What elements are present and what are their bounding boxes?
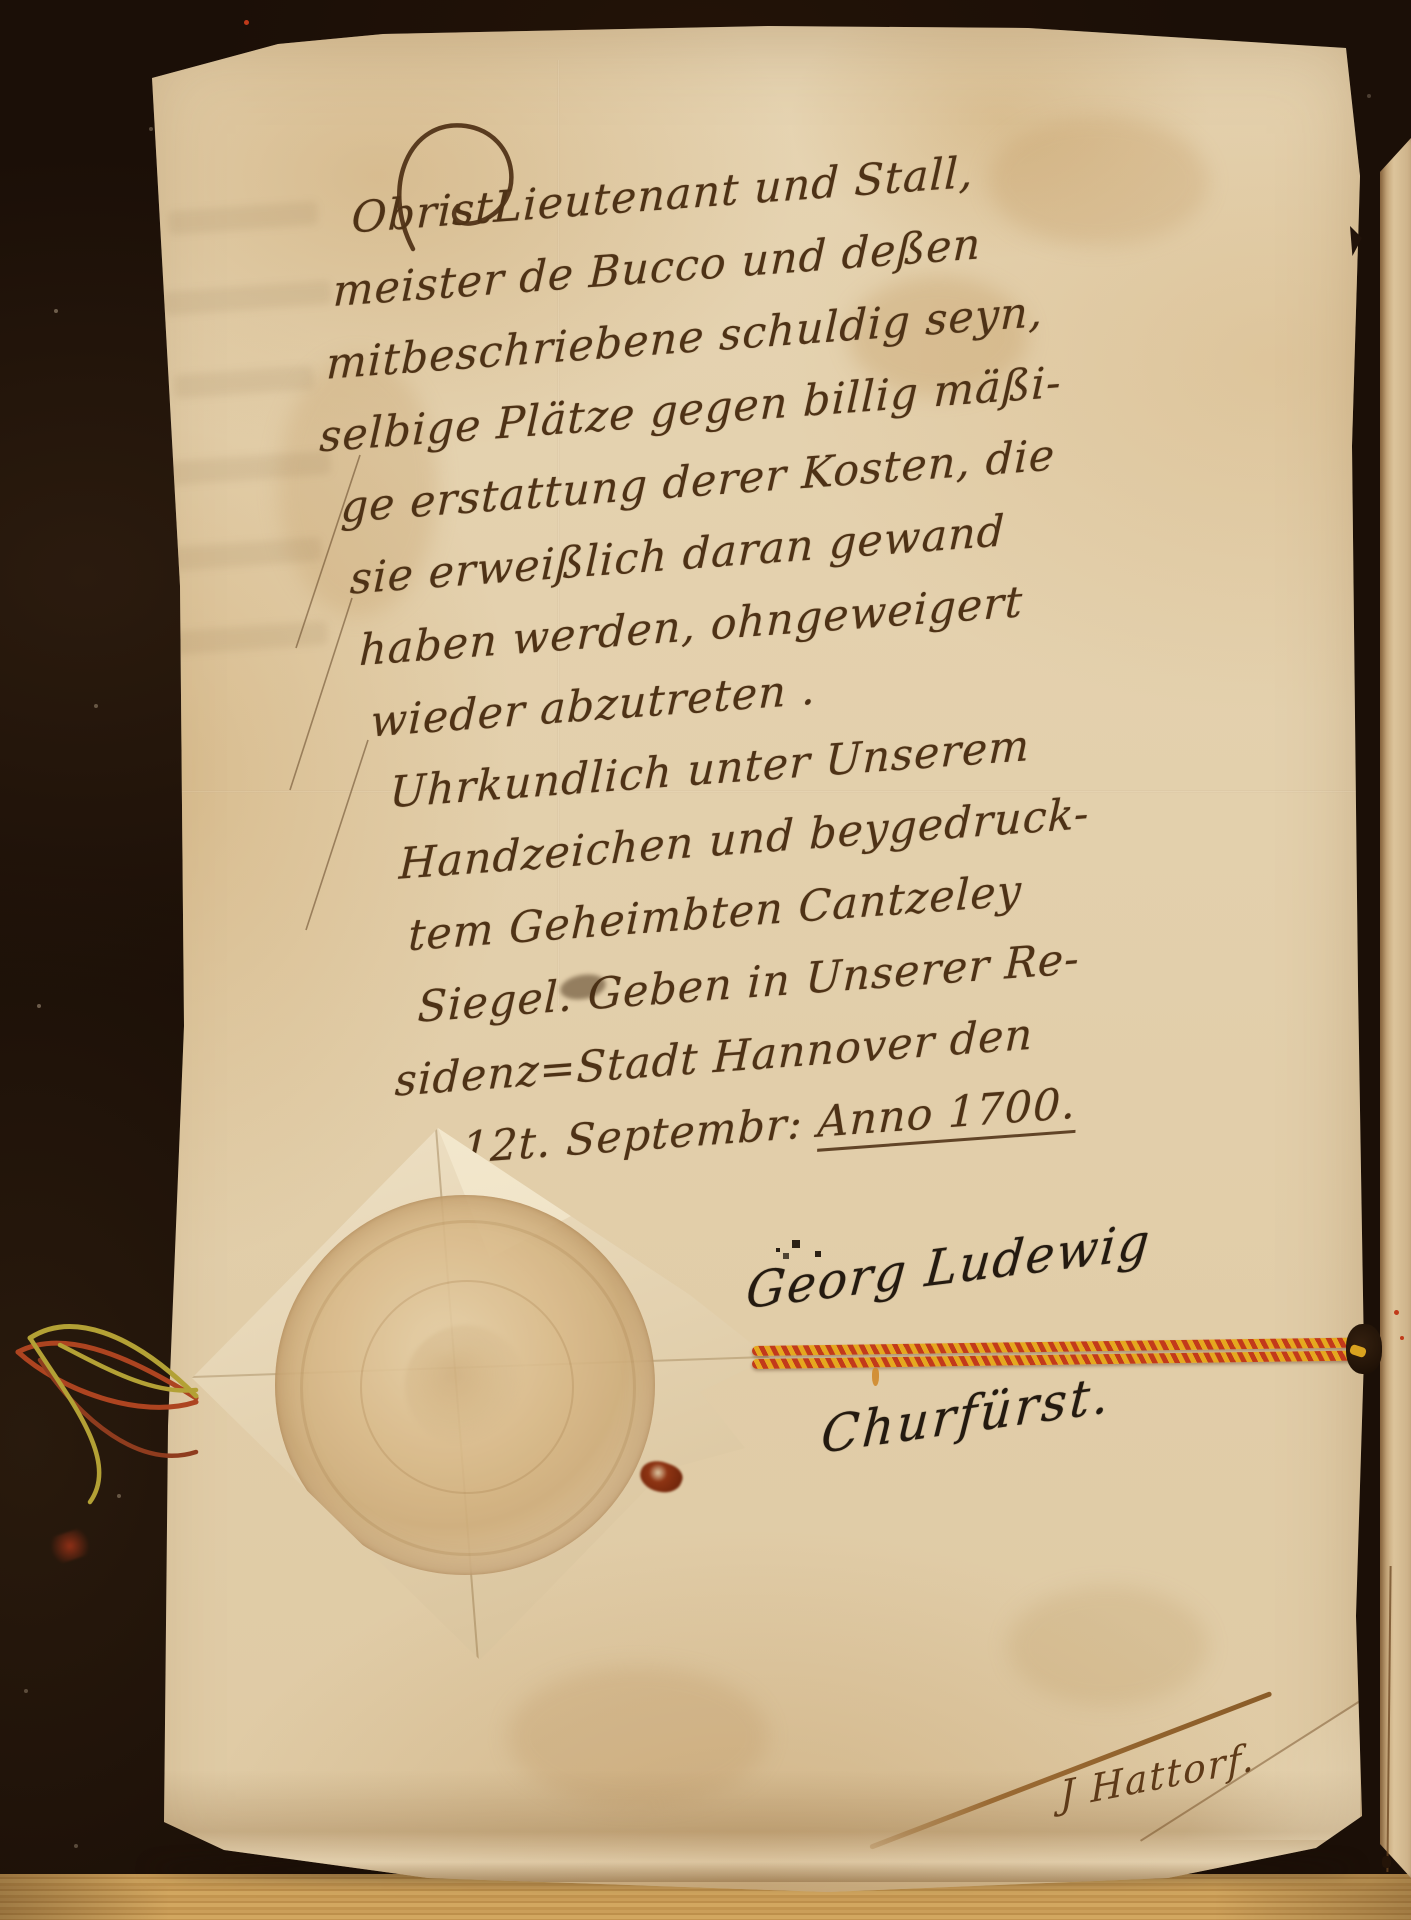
dust-specks [0,0,2,2]
lead-in-stroke [290,598,352,790]
thread-end-knot [1382,1856,1391,1868]
date-line-underlined: Anno 1700. [817,1079,1077,1152]
red-speck [244,20,249,25]
second-parchment-sheet [1380,138,1411,1878]
red-speck [1400,1336,1404,1340]
manuscript-text-block: ObristLieutenant und Stall, meister de B… [315,132,1117,1191]
wax-drip [872,1368,879,1386]
parchment-page: ObristLieutenant und Stall, meister de B… [128,26,1374,1898]
seal-center-relief [405,1325,525,1445]
ink-spatter [776,1248,780,1252]
loose-cord-tangle [0,1290,220,1590]
date-line-prefix: 12t. Septembr: [461,1098,818,1174]
red-speck [1394,1310,1399,1315]
